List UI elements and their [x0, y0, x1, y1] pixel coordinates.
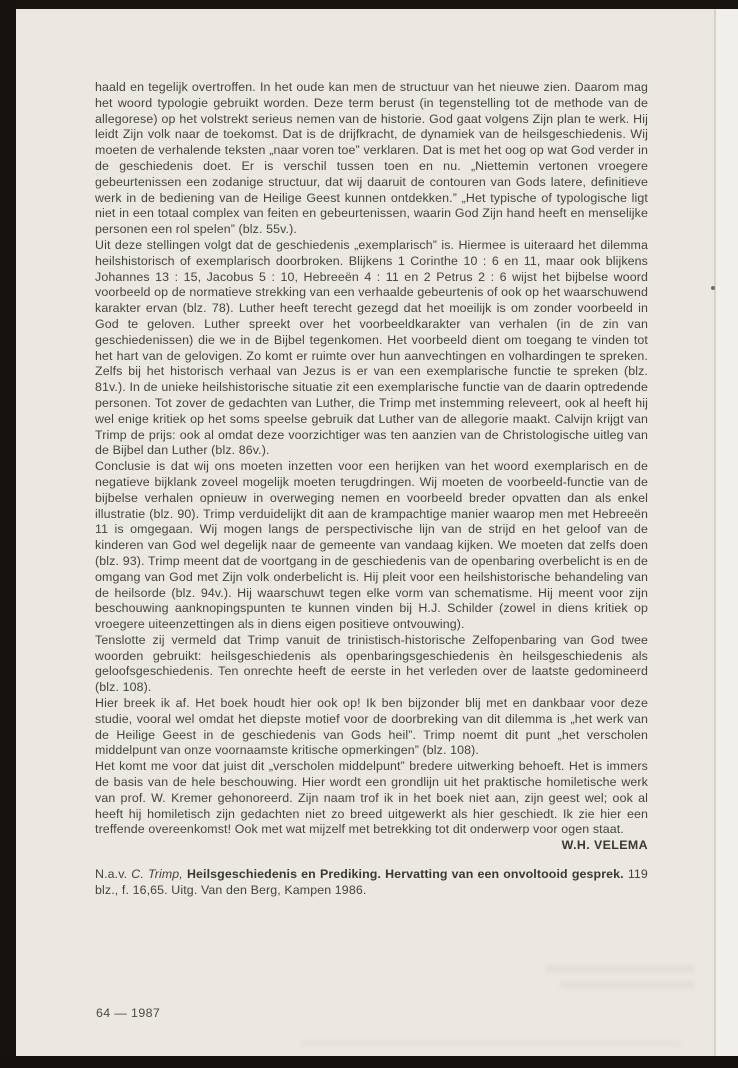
- reference-author: C. Trimp,: [131, 867, 183, 881]
- book-reference: N.a.v. C. Trimp, Heilsgeschiedenis en Pr…: [95, 867, 648, 899]
- body-paragraph: Conclusie is dat wij ons moeten inzetten…: [95, 459, 648, 633]
- reviewer-signature: W.H. VELEMA: [95, 838, 648, 854]
- body-paragraph: Uit deze stellingen volgt dat de geschie…: [95, 238, 648, 459]
- page-edge-line: [714, 9, 716, 1056]
- reference-prefix: N.a.v.: [95, 867, 127, 881]
- body-paragraph: Tenslotte zij vermeld dat Trimp vanuit d…: [95, 633, 648, 696]
- scan-border-top: [0, 0, 738, 9]
- print-bleed-ghost: [560, 981, 695, 989]
- body-paragraph: Hier breek ik af. Het boek houdt hier oo…: [95, 696, 648, 759]
- print-bleed-ghost: [300, 1040, 680, 1047]
- page-edge-strip: [716, 9, 738, 1056]
- article-text: haald en tegelijk overtroffen. In het ou…: [95, 80, 648, 899]
- body-paragraph: Het komt me voor dat juist dit „verschol…: [95, 759, 648, 838]
- page-footer-number: 64 — 1987: [96, 1006, 160, 1020]
- scan-border-left: [0, 0, 16, 1068]
- ink-speck: [711, 286, 715, 290]
- reference-title: Heilsgeschiedenis en Prediking. Hervatti…: [187, 867, 624, 881]
- body-paragraph: haald en tegelijk overtroffen. In het ou…: [95, 80, 648, 238]
- print-bleed-ghost: [545, 965, 695, 973]
- scan-border-bottom: [0, 1056, 738, 1068]
